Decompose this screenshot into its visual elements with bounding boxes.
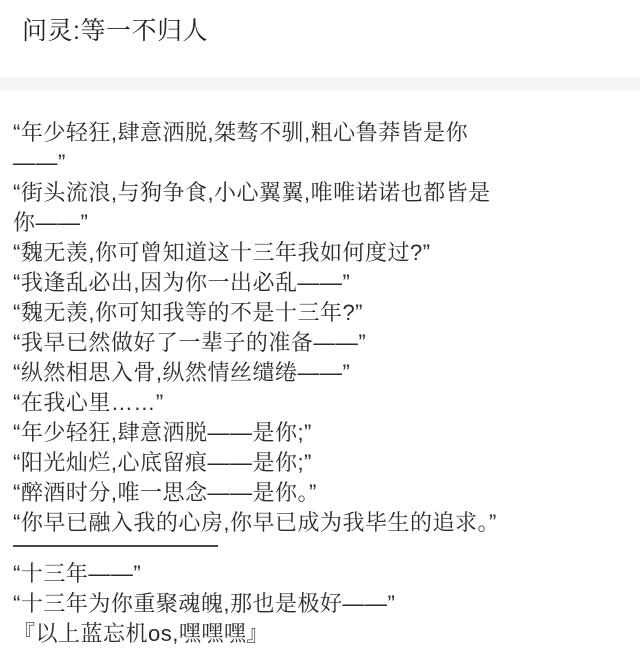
quote-paragraph: “街头流浪,与狗争食,小心翼翼,唯唯诺诺也都皆是 你——” <box>13 178 627 238</box>
quote-paragraph: “我逢乱必出,因为你一出必乱——” <box>13 268 627 298</box>
quote-paragraph: “醉酒时分,唯一思念——是你。” <box>13 478 627 508</box>
quote-paragraph: “在我心里……” <box>13 388 627 418</box>
page-title: 问灵:等一不归人 <box>22 14 618 48</box>
quote-paragraph: “纵然相思入骨,纵然情丝缱绻——” <box>13 358 627 388</box>
quote-paragraph: “我早已然做好了一辈子的准备——” <box>13 328 627 358</box>
quote-paragraph: “年少轻狂,肆意洒脱,桀骜不驯,粗心鲁莽皆是你 ——” <box>13 118 627 178</box>
quote-paragraph: “阳光灿烂,心底留痕——是你;” <box>13 448 627 478</box>
quote-paragraph: “你早已融入我的心房,你早已成为我毕生的追求。” <box>13 508 627 538</box>
footer-quote-paragraph: “十三年——” <box>13 559 627 589</box>
quote-paragraph: “魏无羡,你可知我等的不是十三年?” <box>13 298 627 328</box>
section-divider <box>13 545 218 547</box>
footer-note-paragraph: 『以上蓝忘机os,嘿嘿嘿』 <box>13 619 627 649</box>
article-page: { "page": { "title": "问灵:等一不归人", "colors… <box>0 0 640 657</box>
article-body: “年少轻狂,肆意洒脱,桀骜不驯,粗心鲁莽皆是你 ——” “街头流浪,与狗争食,小… <box>0 90 640 649</box>
title-separator-band <box>0 77 640 90</box>
footer-quote-paragraph: “十三年为你重聚魂魄,那也是极好——” <box>13 589 627 619</box>
quote-paragraph: “魏无羡,你可曾知道这十三年我如何度过?” <box>13 238 627 268</box>
quote-paragraph: “年少轻狂,肆意洒脱——是你;” <box>13 418 627 448</box>
